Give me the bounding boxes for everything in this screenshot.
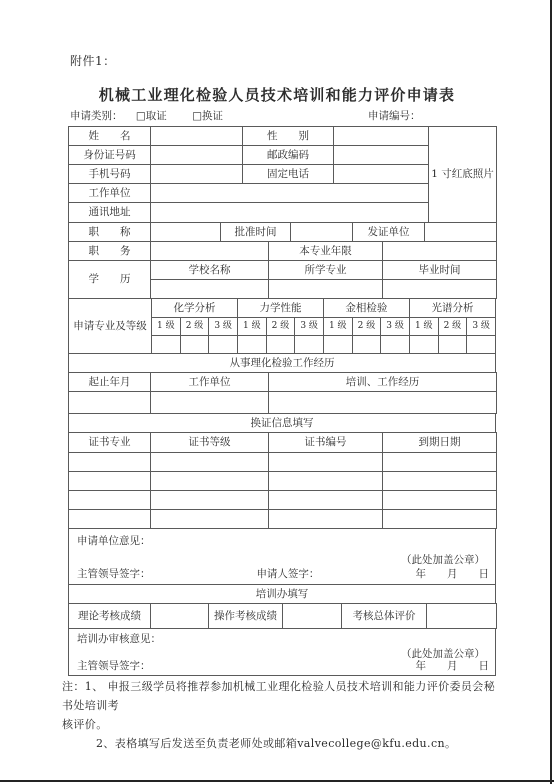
level-select-cell[interactable] <box>381 336 410 354</box>
training-seal-note: （此处加盖公章） <box>401 648 485 660</box>
experience-input-cell[interactable] <box>269 392 497 414</box>
approve-time-input-cell[interactable] <box>291 223 353 242</box>
note-line-1: 注：1、 申报三级学员将推荐参加机械工业理化检验人员技术培训和能力评价委员会秘书… <box>62 677 504 715</box>
renewal-input-cell[interactable] <box>151 491 269 510</box>
overall-eval-input-cell[interactable] <box>427 604 497 629</box>
level-select-cell[interactable] <box>409 336 438 354</box>
level-label: 3 级 <box>295 318 324 336</box>
years-input-cell[interactable] <box>383 242 497 261</box>
level-select-cell[interactable] <box>352 336 381 354</box>
renewal-header-table: 换证信息填写 <box>68 413 496 433</box>
renewal-input-cell[interactable] <box>269 510 383 529</box>
mobile-input-cell[interactable] <box>151 165 243 184</box>
major-label: 所学专业 <box>269 261 383 280</box>
renewal-input-cell[interactable] <box>69 472 151 491</box>
category-metallographic: 金相检验 <box>323 299 409 318</box>
level-label: 2 级 <box>266 318 295 336</box>
level-select-cell[interactable] <box>209 336 238 354</box>
experience-header-table: 从事理化检验工作经历 <box>68 353 496 373</box>
renewal-input-cell[interactable] <box>383 491 497 510</box>
experience-unit-label: 工作单位 <box>151 373 269 392</box>
unit-leader-sign-label: 主管领导签字： <box>77 568 151 580</box>
scores-table: 理论考核成绩 操作考核成绩 考核总体评价 <box>68 603 497 629</box>
experience-input-cell[interactable] <box>69 392 151 414</box>
level-select-cell[interactable] <box>180 336 209 354</box>
position-label: 职 务 <box>69 242 151 261</box>
experience-detail-label: 培训、工作经历 <box>269 373 497 392</box>
note-line-2: 核评价。 <box>62 715 504 734</box>
renewal-input-cell[interactable] <box>69 491 151 510</box>
category-mechanical: 力学性能 <box>237 299 323 318</box>
level-label: 3 级 <box>467 318 496 336</box>
school-name-label: 学校名称 <box>151 261 269 280</box>
level-label: 1 级 <box>152 318 181 336</box>
training-review-label: 培训办审核意见： <box>77 633 161 645</box>
level-label: 2 级 <box>438 318 467 336</box>
unit-opinion-table: 申请单位意见： （此处加盖公章） 主管领导签字： 申请人签字： 年 月 日 <box>68 528 496 585</box>
operation-score-input-cell[interactable] <box>283 604 342 629</box>
renewal-input-cell[interactable] <box>69 510 151 529</box>
issue-unit-label: 发证单位 <box>353 223 425 242</box>
landline-label: 固定电话 <box>243 165 334 184</box>
cert-level-label: 证书等级 <box>151 433 269 453</box>
level-select-cell[interactable] <box>438 336 467 354</box>
category-spectral: 光谱分析 <box>409 299 495 318</box>
job-title-input-cell[interactable] <box>151 223 221 242</box>
level-label: 1 级 <box>323 318 352 336</box>
page-edge-right-line <box>550 0 552 784</box>
id-number-input-cell[interactable] <box>151 146 243 165</box>
landline-input-cell[interactable] <box>334 165 429 184</box>
theory-score-input-cell[interactable] <box>151 604 209 629</box>
employer-input-cell[interactable] <box>151 184 429 203</box>
page-title: 机械工业理化检验人员技术培训和能力评价申请表 <box>0 84 554 105</box>
position-table: 职 务 本专业年限 <box>68 241 497 261</box>
address-input-cell[interactable] <box>151 203 429 223</box>
job-title-label: 职 称 <box>69 223 151 242</box>
note-line-3: 2、表格填写后发送至负责老师处或邮箱valvecollege@kfu.edu.c… <box>96 734 504 753</box>
category-line: 申请类别： □取证 □换证 申请编号： <box>70 108 500 123</box>
footnotes: 注：1、 申报三级学员将推荐参加机械工业理化检验人员技术培训和能力评价委员会秘书… <box>62 677 504 753</box>
renewal-input-cell[interactable] <box>383 472 497 491</box>
specialty-label: 申请专业及等级 <box>69 299 152 354</box>
unit-opinion-cell[interactable]: 申请单位意见： （此处加盖公章） 主管领导签字： 申请人签字： 年 月 日 <box>69 529 496 585</box>
renewal-input-cell[interactable] <box>269 472 383 491</box>
unit-opinion-label: 申请单位意见： <box>77 535 151 547</box>
renewal-input-cell[interactable] <box>269 453 383 472</box>
years-label: 本专业年限 <box>269 242 383 261</box>
school-name-input-cell[interactable] <box>151 280 269 299</box>
checkbox-renew-certificate[interactable]: □换证 <box>192 110 223 122</box>
employer-label: 工作单位 <box>69 184 151 203</box>
training-review-cell[interactable]: 培训办审核意见： （此处加盖公章） 主管领导签字： 年 月 日 <box>69 629 496 676</box>
graduate-time-label: 毕业时间 <box>383 261 497 280</box>
applicant-sign-label: 申请人签字： <box>256 568 319 580</box>
unit-date-label: 年 月 日 <box>416 568 490 580</box>
education-label: 学 历 <box>69 261 151 299</box>
renewal-input-cell[interactable] <box>151 453 269 472</box>
level-label: 3 级 <box>381 318 410 336</box>
application-table: 姓 名 性 别 1 寸红底照片 身份证号码 邮政编码 手机号码 固定电话 工作单… <box>68 126 496 676</box>
graduate-time-input-cell[interactable] <box>383 280 497 299</box>
level-select-cell[interactable] <box>323 336 352 354</box>
major-input-cell[interactable] <box>269 280 383 299</box>
renewal-input-cell[interactable] <box>383 453 497 472</box>
renewal-input-cell[interactable] <box>383 510 497 529</box>
cert-expire-label: 到期日期 <box>383 433 497 453</box>
level-select-cell[interactable] <box>152 336 181 354</box>
category-label: 申请类别： <box>70 110 123 122</box>
level-select-cell[interactable] <box>237 336 266 354</box>
renewal-header: 换证信息填写 <box>69 414 496 433</box>
category-chemical: 化学分析 <box>152 299 238 318</box>
address-label: 通讯地址 <box>69 203 151 223</box>
personal-info-table: 姓 名 性 别 1 寸红底照片 身份证号码 邮政编码 手机号码 固定电话 工作单… <box>68 126 497 223</box>
experience-table: 起止年月 工作单位 培训、工作经历 <box>68 372 497 414</box>
renewal-input-cell[interactable] <box>151 472 269 491</box>
renewal-table: 证书专业 证书等级 证书编号 到期日期 <box>68 432 497 529</box>
training-review-table: 培训办审核意见： （此处加盖公章） 主管领导签字： 年 月 日 <box>68 628 496 676</box>
experience-period-label: 起止年月 <box>69 373 151 392</box>
experience-header: 从事理化检验工作经历 <box>69 354 496 373</box>
level-select-cell[interactable] <box>467 336 496 354</box>
training-header-table: 培训办填写 <box>68 584 496 604</box>
renewal-input-cell[interactable] <box>269 491 383 510</box>
gender-input-cell[interactable] <box>334 127 429 146</box>
education-table: 学 历 学校名称 所学专业 毕业时间 <box>68 260 497 299</box>
id-number-label: 身份证号码 <box>69 146 151 165</box>
level-select-cell[interactable] <box>295 336 324 354</box>
cert-number-label: 证书编号 <box>269 433 383 453</box>
renewal-input-cell[interactable] <box>151 510 269 529</box>
postcode-label: 邮政编码 <box>243 146 334 165</box>
experience-input-cell[interactable] <box>151 392 269 414</box>
level-select-cell[interactable] <box>266 336 295 354</box>
level-label: 3 级 <box>209 318 238 336</box>
approve-time-label: 批准时间 <box>221 223 291 242</box>
training-header: 培训办填写 <box>69 585 496 604</box>
training-date-label: 年 月 日 <box>416 660 490 672</box>
issue-unit-input-cell[interactable] <box>425 223 497 242</box>
job-title-table: 职 称 批准时间 发证单位 <box>68 222 497 242</box>
gender-label: 性 别 <box>243 127 334 146</box>
level-label: 2 级 <box>352 318 381 336</box>
renewal-input-cell[interactable] <box>69 453 151 472</box>
overall-eval-label: 考核总体评价 <box>342 604 427 629</box>
level-label: 1 级 <box>237 318 266 336</box>
unit-seal-note: （此处加盖公章） <box>401 554 485 566</box>
specialty-table: 申请专业及等级 化学分析 力学性能 金相检验 光谱分析 1 级 2 级 3 级 … <box>68 298 496 354</box>
attachment-label: 附件1： <box>70 52 116 69</box>
position-input-cell[interactable] <box>151 242 269 261</box>
apply-number-label: 申请编号： <box>368 108 421 123</box>
theory-score-label: 理论考核成绩 <box>69 604 151 629</box>
level-label: 1 级 <box>409 318 438 336</box>
mobile-label: 手机号码 <box>69 165 151 184</box>
page-edge-bottom-line <box>0 780 554 782</box>
operation-score-label: 操作考核成绩 <box>209 604 283 629</box>
checkbox-obtain-certificate[interactable]: □取证 <box>136 110 167 122</box>
photo-cell: 1 寸红底照片 <box>429 127 497 223</box>
postcode-input-cell[interactable] <box>334 146 429 165</box>
name-label: 姓 名 <box>69 127 151 146</box>
cert-major-label: 证书专业 <box>69 433 151 453</box>
training-leader-sign-label: 主管领导签字： <box>77 660 151 672</box>
name-input-cell[interactable] <box>151 127 243 146</box>
form-page: 附件1： 机械工业理化检验人员技术培训和能力评价申请表 申请类别： □取证 □换… <box>0 0 554 784</box>
level-label: 2 级 <box>180 318 209 336</box>
